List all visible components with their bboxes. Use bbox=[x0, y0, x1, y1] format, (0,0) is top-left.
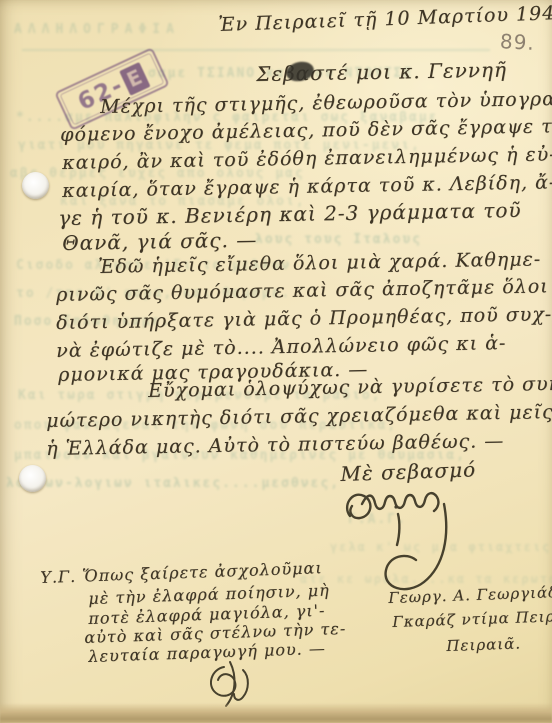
letter-scan-page: ΑΛΛΗΛΟΓΡΑΦΙΑσαμε ΤΣΙΑΝΟ και του ΝΤΟΥΤΣΕ*… bbox=[0, 0, 552, 723]
handwriting-line: Μέχρι τῆς στιγμῆς, ἐθεωροῦσα τὸν ὑπογρα- bbox=[100, 88, 552, 118]
punch-hole-bottom bbox=[19, 465, 46, 492]
bleedthrough-fragment: γελα κ' ως μια φτιαχτεις ζ' φ' το παρη bbox=[330, 540, 552, 554]
handwriting-line: Πειραιᾶ. bbox=[446, 634, 521, 655]
handwriting-line: διότι ὑπήρξατε γιὰ μᾶς ὁ Προμηθέας, ποῦ … bbox=[56, 303, 552, 334]
bleedthrough-fragment: Γ.Α.Γ. bbox=[348, 512, 407, 527]
bleedthrough-underline bbox=[22, 49, 490, 51]
punch-hole-top bbox=[22, 172, 49, 199]
handwriting-line: Θανᾶ, γιά σᾶς. — bbox=[62, 228, 257, 255]
stamp-letter: Ε bbox=[119, 62, 150, 96]
handwriting-line: Γκαράζ ντίμα Πειραιῆ bbox=[392, 606, 552, 631]
handwriting-line: νὰ ἐφώτιζε μὲ τὸ.... Ἀπολλώνειο φῶς κι ἁ… bbox=[56, 332, 507, 362]
page-number-pencil: 89. bbox=[499, 29, 535, 55]
handwriting-line: Μὲ σεβασμό bbox=[340, 457, 476, 486]
paper-bottom-edge bbox=[0, 703, 552, 723]
handwriting-line: ρινῶς σᾶς θυμόμαστε καὶ σᾶς ἀποζητᾶμε ὅλ… bbox=[56, 274, 552, 306]
bleedthrough-fragment: λους τους Ιταλους bbox=[255, 232, 422, 247]
handwriting-line: μώτερο νικητὴς διότι σᾶς χρειαζόμεθα καὶ… bbox=[46, 401, 552, 432]
bleedthrough-fragment: ΑΛΛΗΛΟΓΡΑΦΙΑ bbox=[14, 22, 180, 37]
handwriting-line: Γεωργ. Α. Γεωργιάδης bbox=[388, 582, 552, 607]
bleedthrough-fragment: λογιων-λογιων ιταλικες....μεσθνες, bbox=[6, 476, 340, 491]
